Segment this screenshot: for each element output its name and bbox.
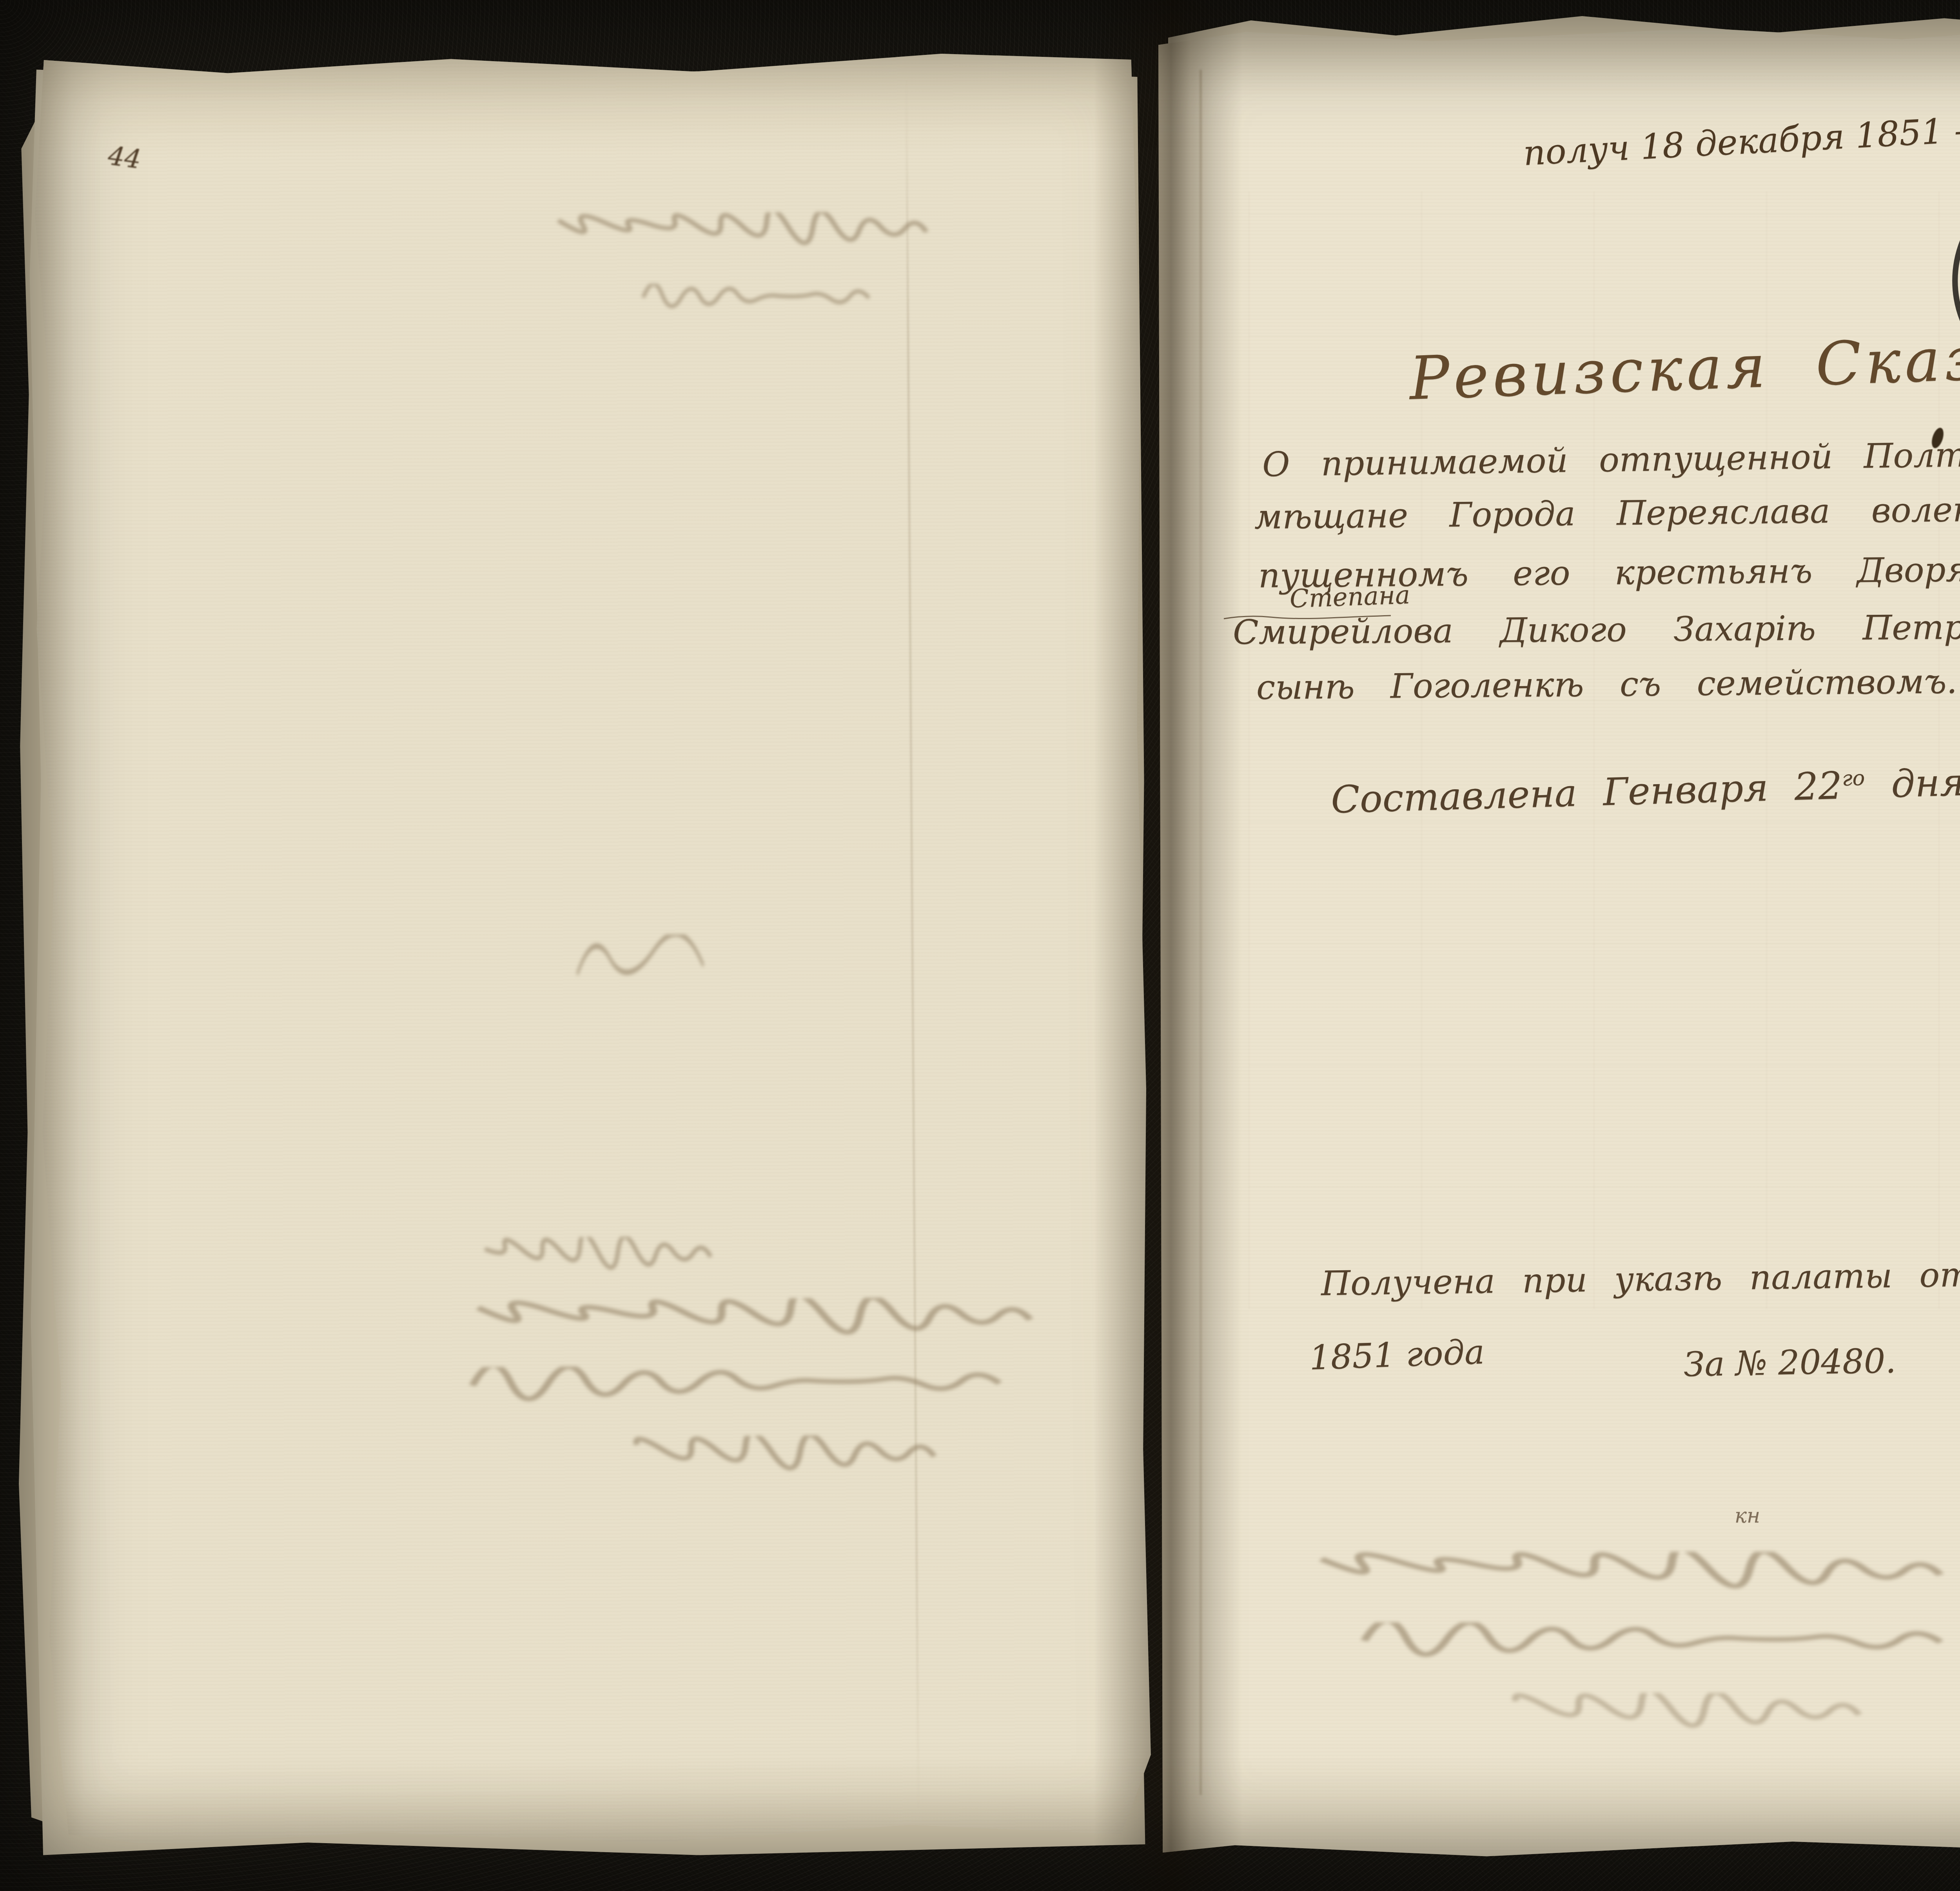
bleedthrough-squiggle [377,1364,1005,1407]
body-line-5: сынѣ Гоголенкѣ съ семействомъ. [1256,662,1958,707]
right-page: получ 18 декабря 1851 — [1158,23,1960,1866]
left-page: 44 [27,45,1155,1853]
received-date-annotation: получ 18 декабря 1851 — [1522,109,1960,173]
bleedthrough-squiggle [499,211,930,250]
margin-initials-mark: кн [1735,1504,1760,1528]
receipt-note-year: 1851 года [1308,1332,1485,1378]
left-page-pencil-mark: 44 [106,140,143,174]
bleedthrough-squiggle [574,934,739,982]
date-ordinal-superscript: го [1842,766,1865,791]
bleedthrough-squiggle [1221,1552,1946,1591]
bleedthrough-squiggle [361,1236,714,1274]
photo-background: 44 получ 18 декабря 1851 — [0,0,1960,1891]
bleedthrough-squiggle [558,282,872,316]
bleedthrough-squiggle [1260,1622,1946,1662]
bleedthrough-squiggle [388,1297,1036,1341]
bleedthrough-squiggle [429,1435,939,1475]
right-page-crease [1200,70,1202,1795]
interlinear-insertion: Степана [1289,581,1411,614]
receipt-note-number: За № 20480. [1683,1341,1896,1384]
body-line-4: Смирейлова Дикого Захаріѣ Петровѣ [1233,607,1960,652]
left-page-crease [906,78,920,1811]
bleedthrough-squiggle [1276,1693,1864,1730]
